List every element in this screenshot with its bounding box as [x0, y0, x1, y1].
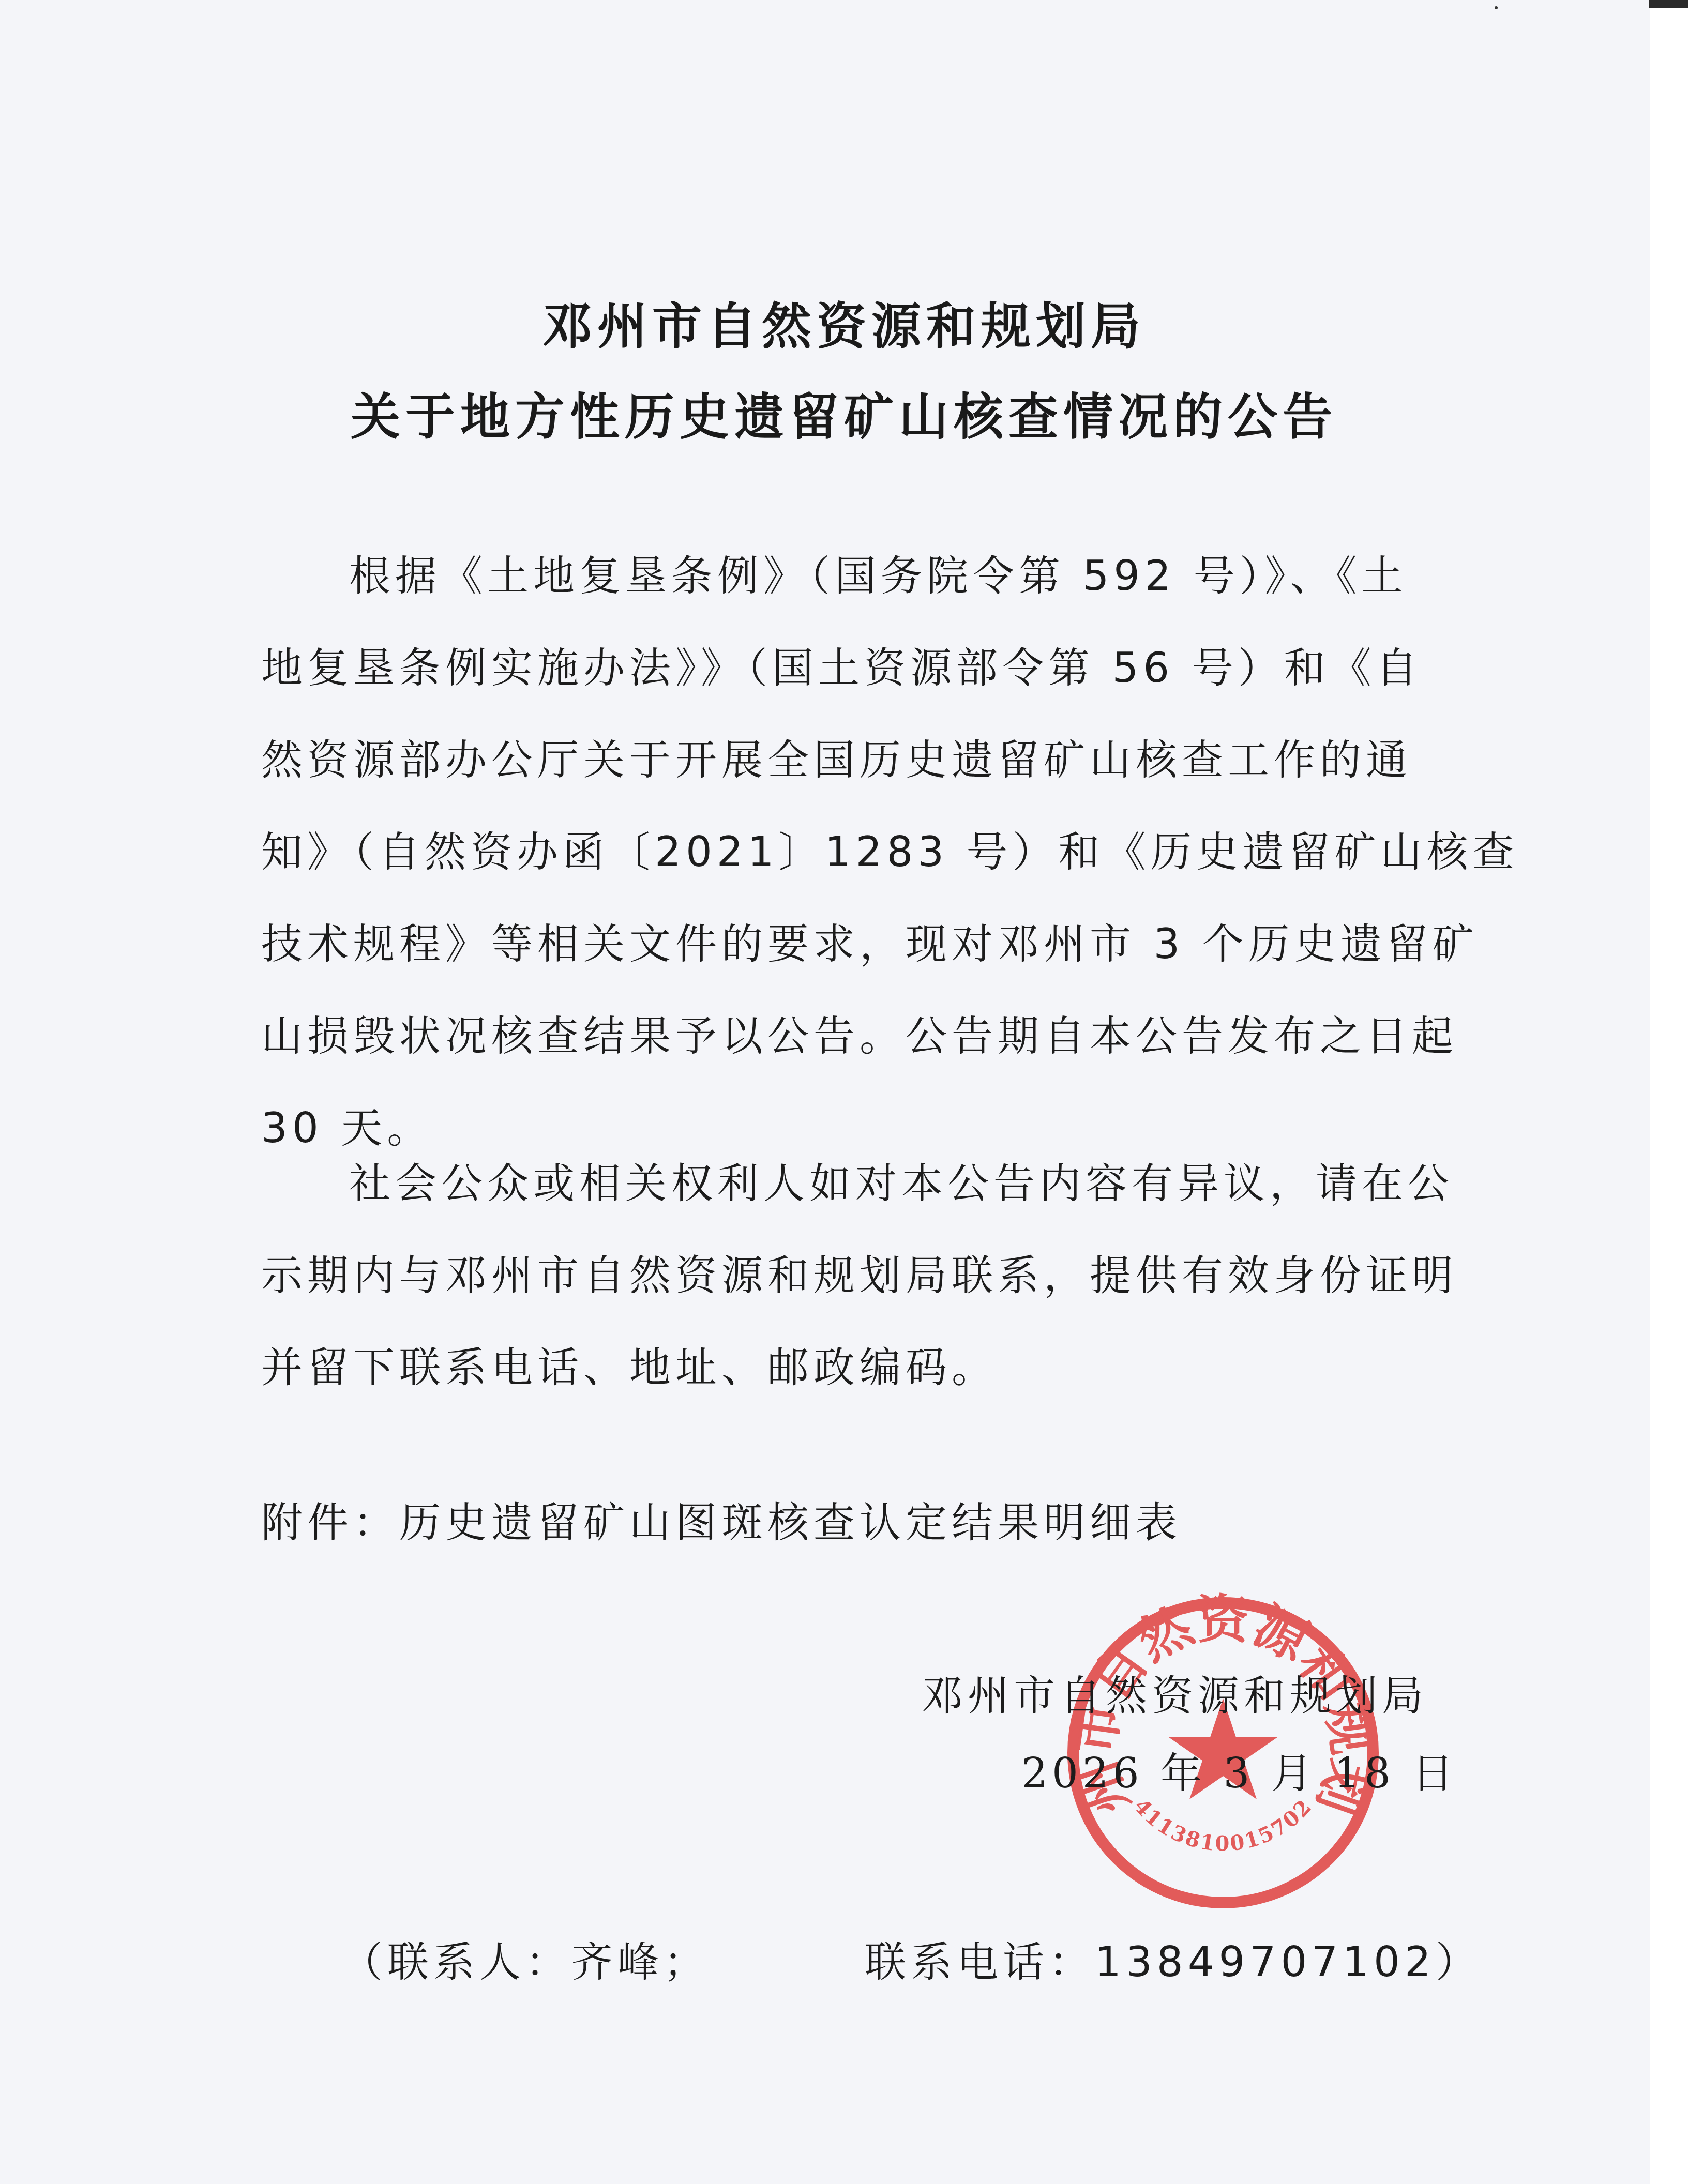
paragraph-line: 地复垦条例实施办法》》（国土资源部令第 56 号）和《自	[261, 622, 1404, 714]
paragraph-objection: 社会公众或相关权利人如对本公告内容有异议，请在公 示期内与邓州市自然资源和规划局…	[261, 1137, 1404, 1414]
paragraph-line: 知》（自然资办函〔2021〕1283 号）和《历史遗留矿山核查	[261, 806, 1404, 898]
paragraph-line: 山损毁状况核查结果予以公告。公告期自本公告发布之日起	[261, 990, 1404, 1082]
svg-text:4113810015702: 4113810015702	[1129, 1794, 1317, 1856]
document-title-org: 邓州市自然资源和规划局	[0, 287, 1688, 358]
paragraph-line: 示期内与邓州市自然资源和规划局联系，提供有效身份证明	[261, 1230, 1404, 1322]
paragraph-line: 根据《土地复垦条例》（国务院令第 592 号）》、《土	[261, 530, 1404, 622]
paragraph-basis: 根据《土地复垦条例》（国务院令第 592 号）》、《土 地复垦条例实施办法》》（…	[261, 530, 1404, 1174]
scan-speck	[1495, 6, 1498, 9]
contact-info: （联系人：齐峰；联系电话：13849707102）	[341, 1929, 1482, 1988]
signature-date: 2026 年 3 月 18 日	[1021, 1740, 1457, 1799]
attachment-note: 附件：历史遗留矿山图斑核查认定结果明细表	[261, 1489, 1182, 1549]
scan-edge	[1649, 0, 1688, 8]
contact-person: （联系人：齐峰；	[341, 1938, 710, 1986]
document-title-subject: 关于地方性历史遗留矿山核查情况的公告	[0, 377, 1688, 448]
paragraph-line: 技术规程》等相关文件的要求，现对邓州市 3 个历史遗留矿	[261, 898, 1404, 990]
contact-phone: 联系电话：13849707102）	[865, 1938, 1482, 1986]
signature-organization: 邓州市自然资源和规划局	[922, 1662, 1428, 1722]
paragraph-line: 然资源部办公厅关于开展全国历史遗留矿山核查工作的通	[261, 714, 1404, 806]
paragraph-line: 并留下联系电话、地址、邮政编码。	[261, 1322, 1404, 1414]
paragraph-line: 社会公众或相关权利人如对本公告内容有异议，请在公	[261, 1137, 1404, 1230]
